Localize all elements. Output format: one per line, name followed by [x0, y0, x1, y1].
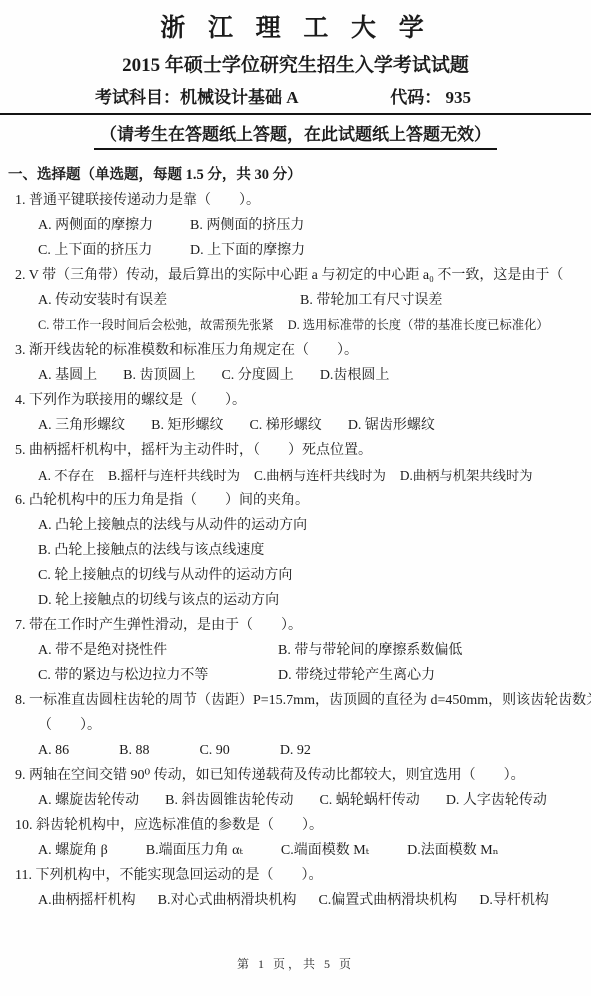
option-row: C. 带的紧边与松边拉力不等 D. 带绕过带轮产生离心力: [8, 663, 587, 688]
answer-sheet-notice: （请考生在答题纸上答题，在此试题纸上答题无效）: [94, 124, 497, 150]
option-d: D. 选用标准带的长度（带的基准长度已标准化）: [288, 313, 549, 338]
option-c: C. 带的紧边与松边拉力不等: [38, 663, 278, 688]
option-d: D. 92: [280, 738, 311, 763]
option-row: D. 轮上接触点的切线与该点的运动方向: [8, 588, 587, 613]
option-a: A. 不存在: [38, 463, 94, 488]
question-stem: 1. 普通平键联接传递动力是靠（ ）。: [8, 188, 587, 213]
option-c: C. 带工作一段时间后会松弛，故需预先张紧: [38, 313, 274, 338]
question-stem: 7. 带在工作时产生弹性滑动，是由于（ ）。: [8, 613, 587, 638]
question-stem: 11. 下列机构中，不能实现急回运动的是（ ）。: [8, 863, 587, 888]
notice-row: （请考生在答题纸上答题，在此试题纸上答题无效）: [0, 124, 591, 150]
option-a: A. 带不是绝对挠性件: [38, 638, 278, 663]
option-d: D.齿根圆上: [320, 363, 390, 388]
option-b: B. 凸轮上接触点的法线与该点线速度: [38, 538, 264, 563]
question-stem: 10. 斜齿轮机构中，应选标准值的参数是（ ）。: [8, 813, 587, 838]
question-stem: 5. 曲柄摇杆机构中，摇杆为主动件时，（ ）死点位置。: [8, 438, 587, 463]
option-d: D. 锯齿形螺纹: [348, 413, 435, 438]
question-4: 4. 下列作为联接用的螺纹是（ ）。 A. 三角形螺纹 B. 矩形螺纹 C. 梯…: [8, 388, 587, 438]
subject-row: 考试科目：机械设计基础 A 代码： 935: [0, 79, 591, 110]
option-row: B. 凸轮上接触点的法线与该点线速度: [8, 538, 587, 563]
question-10: 10. 斜齿轮机构中，应选标准值的参数是（ ）。 A. 螺旋角 β B.端面压力…: [8, 813, 587, 863]
option-a: A. 传动安装时有误差: [38, 288, 300, 313]
question-stem: 2. V 带（三角带）传动，最后算出的实际中心距 a 与初定的中心距 a₀ 不一…: [8, 263, 587, 288]
option-row: A. 不存在 B.摇杆与连杆共线时为 C.曲柄与连杆共线时为 D.曲柄与机架共线…: [8, 463, 587, 488]
option-row: A. 螺旋齿轮传动 B. 斜齿圆锥齿轮传动 C. 蜗轮蜗杆传动 D. 人字齿轮传…: [8, 788, 587, 813]
section-heading: 一、选择题（单选题，每题 1.5 分，共 30 分）: [8, 163, 587, 188]
option-c: C. 分度圆上: [221, 363, 293, 388]
university-title: 浙 江 理 工 大 学: [0, 0, 591, 44]
question-stem-continued: （ ）。: [8, 713, 587, 738]
question-8: 8. 一标准直齿圆柱齿轮的周节（齿距）P=15.7mm，齿顶圆的直径为 d=45…: [8, 688, 587, 763]
option-row: C. 上下面的挤压力 D. 上下面的摩擦力: [8, 238, 587, 263]
question-2: 2. V 带（三角带）传动，最后算出的实际中心距 a 与初定的中心距 a₀ 不一…: [8, 263, 587, 338]
question-6: 6. 凸轮机构中的压力角是指（ ）间的夹角。 A. 凸轮上接触点的法线与从动件的…: [8, 488, 587, 613]
option-b: B. 带与带轮间的摩擦系数偏低: [278, 638, 587, 663]
option-d: D. 人字齿轮传动: [446, 788, 547, 813]
option-a: A. 基圆上: [38, 363, 97, 388]
option-b: B.摇杆与连杆共线时为: [108, 463, 240, 488]
option-b: B. 斜齿圆锥齿轮传动: [165, 788, 293, 813]
option-d: D.曲柄与机架共线时为: [400, 463, 533, 488]
option-a: A. 螺旋角 β: [38, 838, 108, 863]
question-5: 5. 曲柄摇杆机构中，摇杆为主动件时，（ ）死点位置。 A. 不存在 B.摇杆与…: [8, 438, 587, 488]
option-row: A. 三角形螺纹 B. 矩形螺纹 C. 梯形螺纹 D. 锯齿形螺纹: [8, 413, 587, 438]
code-label: 代码： 935: [390, 86, 471, 110]
option-row: C. 带工作一段时间后会松弛，故需预先张紧 D. 选用标准带的长度（带的基准长度…: [8, 313, 587, 338]
option-c: C. 蜗轮蜗杆传动: [319, 788, 419, 813]
page-number: 第 1 页，共 5 页: [0, 955, 591, 972]
question-7: 7. 带在工作时产生弹性滑动，是由于（ ）。 A. 带不是绝对挠性件 B. 带与…: [8, 613, 587, 688]
option-row: A. 凸轮上接触点的法线与从动件的运动方向: [8, 513, 587, 538]
option-d: D.导杆机构: [479, 888, 549, 913]
option-c: C. 轮上接触点的切线与从动件的运动方向: [38, 563, 292, 588]
question-stem: 8. 一标准直齿圆柱齿轮的周节（齿距）P=15.7mm，齿顶圆的直径为 d=45…: [8, 688, 587, 713]
option-row: A. 基圆上 B. 齿顶圆上 C. 分度圆上 D.齿根圆上: [8, 363, 587, 388]
option-d: D.法面模数 Mₙ: [407, 838, 499, 863]
subject-label: 考试科目：机械设计基础 A: [95, 86, 299, 110]
option-a: A. 86: [38, 738, 69, 763]
option-b: B.对心式曲柄滑块机构: [158, 888, 297, 913]
question-11: 11. 下列机构中，不能实现急回运动的是（ ）。 A.曲柄摇杆机构 B.对心式曲…: [8, 863, 587, 913]
option-row: A. 带不是绝对挠性件 B. 带与带轮间的摩擦系数偏低: [8, 638, 587, 663]
question-stem: 4. 下列作为联接用的螺纹是（ ）。: [8, 388, 587, 413]
question-1: 1. 普通平键联接传递动力是靠（ ）。 A. 两侧面的摩擦力 B. 两侧面的挤压…: [8, 188, 587, 263]
option-b: B. 两侧面的挤压力: [190, 213, 587, 238]
option-a: A.曲柄摇杆机构: [38, 888, 136, 913]
question-stem: 9. 两轴在空间交错 90⁰ 传动，如已知传递载荷及传动比都较大，则宜选用（ ）…: [8, 763, 587, 788]
option-c: C.偏置式曲柄滑块机构: [318, 888, 457, 913]
paper-header: 浙 江 理 工 大 学 2015 年硕士学位研究生招生入学考试试题 考试科目：机…: [0, 0, 591, 150]
option-a: A. 三角形螺纹: [38, 413, 125, 438]
option-b: B. 齿顶圆上: [123, 363, 195, 388]
question-9: 9. 两轴在空间交错 90⁰ 传动，如已知传递载荷及传动比都较大，则宜选用（ ）…: [8, 763, 587, 813]
exam-title: 2015 年硕士学位研究生招生入学考试试题: [0, 53, 591, 79]
option-d: D. 轮上接触点的切线与该点的运动方向: [38, 588, 279, 613]
option-row: A. 传动安装时有误差 B. 带轮加工有尺寸误差: [8, 288, 587, 313]
option-c: C. 90: [199, 738, 229, 763]
option-d: D. 上下面的摩擦力: [190, 238, 587, 263]
option-b: B. 带轮加工有尺寸误差: [300, 288, 587, 313]
header-divider: [0, 113, 591, 115]
question-3: 3. 渐开线齿轮的标准模数和标准压力角规定在（ ）。 A. 基圆上 B. 齿顶圆…: [8, 338, 587, 388]
option-b: B.端面压力角 αₜ: [146, 838, 243, 863]
option-d: D. 带绕过带轮产生离心力: [278, 663, 587, 688]
option-row: A. 螺旋角 β B.端面压力角 αₜ C.端面模数 Mₜ D.法面模数 Mₙ: [8, 838, 587, 863]
option-c: C.端面模数 Mₜ: [281, 838, 369, 863]
option-a: A. 螺旋齿轮传动: [38, 788, 139, 813]
option-b: B. 矩形螺纹: [151, 413, 223, 438]
option-row: A. 两侧面的摩擦力 B. 两侧面的挤压力: [8, 213, 587, 238]
option-a: A. 凸轮上接触点的法线与从动件的运动方向: [38, 513, 307, 538]
exam-paper-page: 浙 江 理 工 大 学 2015 年硕士学位研究生招生入学考试试题 考试科目：机…: [0, 0, 591, 996]
option-row: A.曲柄摇杆机构 B.对心式曲柄滑块机构 C.偏置式曲柄滑块机构 D.导杆机构: [8, 888, 587, 913]
option-c: C. 梯形螺纹: [249, 413, 321, 438]
question-stem: 6. 凸轮机构中的压力角是指（ ）间的夹角。: [8, 488, 587, 513]
option-a: A. 两侧面的摩擦力: [38, 213, 190, 238]
question-area: 一、选择题（单选题，每题 1.5 分，共 30 分） 1. 普通平键联接传递动力…: [0, 150, 591, 913]
option-b: B. 88: [119, 738, 149, 763]
option-c: C. 上下面的挤压力: [38, 238, 190, 263]
question-stem: 3. 渐开线齿轮的标准模数和标准压力角规定在（ ）。: [8, 338, 587, 363]
option-row: C. 轮上接触点的切线与从动件的运动方向: [8, 563, 587, 588]
option-row: A. 86 B. 88 C. 90 D. 92: [8, 738, 587, 763]
option-c: C.曲柄与连杆共线时为: [254, 463, 386, 488]
